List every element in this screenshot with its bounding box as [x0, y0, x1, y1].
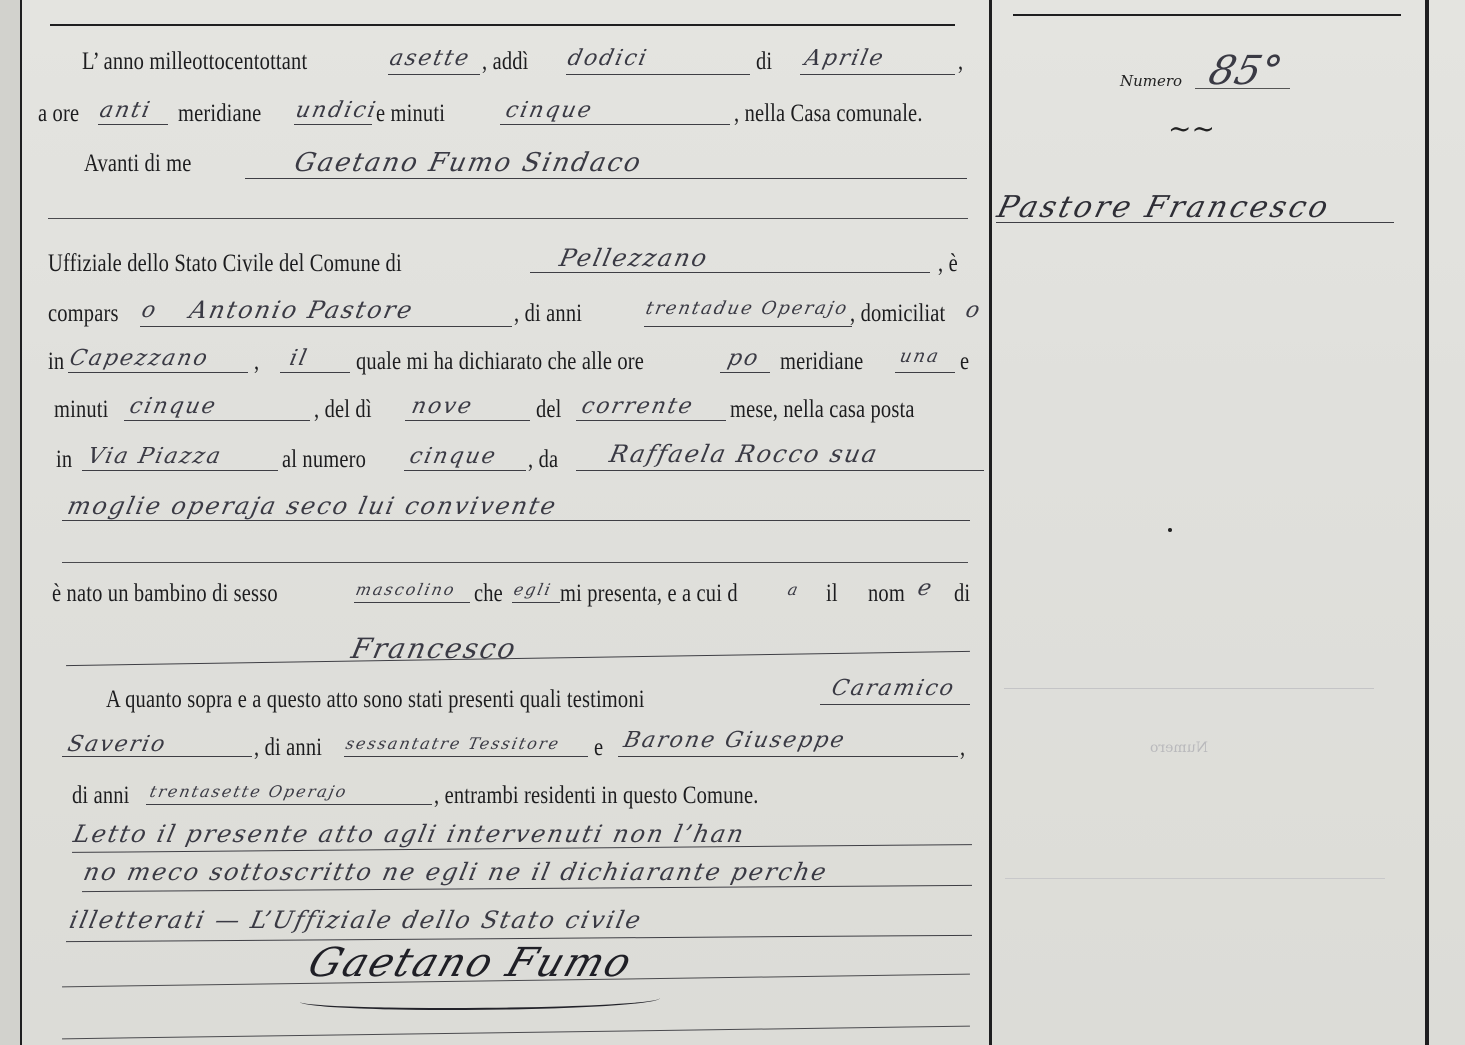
printed-text: , addì	[482, 48, 529, 76]
field-line	[344, 756, 588, 757]
handwritten-birth-minutes: cinque	[127, 394, 219, 419]
printed-text: , domiciliat	[850, 300, 945, 328]
handwritten-sex: mascolino	[354, 580, 458, 599]
field-line	[566, 74, 750, 75]
handwritten-ante: anti	[97, 98, 153, 123]
printed-text: compars	[48, 300, 119, 328]
printed-text: e	[960, 348, 969, 376]
printed-text: mi presenta, e a cui d	[560, 580, 738, 608]
bleed-through-rule	[1005, 878, 1385, 879]
printed-text: a ore	[38, 100, 79, 128]
field-line	[405, 420, 530, 421]
field-line	[388, 74, 480, 75]
handwritten-closing-line-3: illetterati — L’Uffiziale dello Stato ci…	[67, 906, 645, 934]
field-line	[618, 756, 958, 757]
binding-margin	[0, 0, 20, 1045]
printed-text: , di anni	[514, 300, 582, 328]
field-line	[82, 470, 278, 471]
printed-text: , nella Casa comunale.	[734, 100, 923, 128]
handwritten-post: po	[725, 346, 762, 371]
handwritten-father-age-job: trentadue Operajo	[644, 298, 851, 319]
printed-text: A quanto sopra e a questo atto sono stat…	[106, 686, 645, 714]
printed-text: quale mi ha dichiarato che alle ore	[356, 348, 644, 376]
handwritten-minutes: cinque	[503, 98, 595, 123]
field-line	[1195, 88, 1290, 89]
field-line	[124, 420, 310, 421]
field-line	[146, 804, 432, 805]
handwritten-closing-line-1: Letto il presente atto agli intervenuti …	[71, 820, 748, 848]
field-line	[576, 420, 726, 421]
handwritten-witness2-age-job: trentasette Operajo	[148, 782, 350, 801]
printed-text: , del dì	[314, 396, 372, 424]
numero-label: Numero	[1120, 72, 1182, 90]
field-line	[66, 651, 970, 666]
bleed-through-numero: Numero	[1150, 740, 1208, 756]
handwritten-officer-name: Gaetano Fumo Sindaco	[292, 148, 645, 178]
printed-text: nom	[868, 580, 905, 608]
left-border-line	[20, 0, 22, 1045]
handwritten-father-name: Antonio Pastore	[187, 296, 417, 324]
handwritten-current: corrente	[579, 394, 696, 419]
handwritten-suffix: o	[139, 298, 160, 323]
field-line	[68, 372, 248, 373]
printed-text: , è	[938, 250, 958, 278]
printed-text: , entrambi residenti in questo Comune.	[434, 782, 759, 810]
blank-rule	[48, 218, 968, 219]
printed-text: Avanti di me	[84, 150, 191, 178]
printed-text: L’ anno milleottocentottant	[82, 48, 307, 76]
printed-text: , da	[528, 446, 558, 474]
handwritten-domicile: Capezzano	[67, 346, 211, 371]
field-line	[720, 372, 770, 373]
printed-text: meridiane	[178, 100, 261, 128]
handwritten-suffix: e	[915, 576, 935, 601]
field-line	[512, 602, 560, 603]
ink-spot	[1168, 528, 1172, 532]
field-line	[800, 74, 955, 75]
field-line	[140, 326, 512, 327]
handwritten-egli: egli	[512, 580, 554, 599]
printed-text: di	[756, 48, 772, 76]
printed-text: ,	[958, 48, 963, 76]
handwritten-witness1-surname: Caramico	[829, 676, 957, 701]
printed-text: e	[594, 734, 603, 762]
birth-register-page: L’ anno milleottocentottant asette , add…	[0, 0, 1465, 1045]
field-line	[245, 178, 967, 179]
printed-text: al numero	[282, 446, 366, 474]
blank-rule	[62, 1026, 970, 1040]
blank-rule	[62, 562, 968, 563]
handwritten-witness1-firstname: Saverio	[65, 732, 169, 757]
field-line	[280, 372, 350, 373]
printed-text: in	[48, 348, 64, 376]
column-divider-line	[989, 0, 992, 1045]
printed-text: meridiane	[780, 348, 863, 376]
field-line	[294, 124, 372, 125]
field-line	[98, 124, 168, 125]
printed-text: in	[56, 446, 72, 474]
field-line	[500, 124, 730, 125]
printed-text: Uffiziale dello Stato Civile del Comune …	[48, 250, 402, 278]
handwritten-closing-line-2: no meco sottoscritto ne egli ne il dichi…	[81, 858, 831, 886]
printed-text: ,	[960, 734, 965, 762]
field-line	[644, 326, 852, 327]
handwritten-mother-name: Raffaela Rocco sua	[607, 440, 881, 468]
printed-text: mese, nella casa posta	[730, 396, 915, 424]
field-line	[996, 222, 1394, 223]
handwritten-suffix: o	[963, 298, 984, 323]
handwritten-witness2-name: Barone Giuseppe	[621, 728, 848, 753]
printed-text: , di anni	[254, 734, 322, 762]
printed-text: di anni	[72, 782, 130, 810]
field-line	[354, 602, 470, 603]
handwritten-house-number: cinque	[407, 444, 499, 469]
handwritten-suffix: a	[786, 580, 802, 599]
handwritten-day: dodici	[565, 46, 650, 71]
printed-text: ,	[254, 348, 259, 376]
signature-flourish	[300, 990, 660, 1010]
field-line	[820, 704, 970, 705]
handwritten-witness1-age-job: sessantatre Tessitore	[344, 734, 562, 753]
field-line	[895, 372, 955, 373]
handwritten-comune: Pellezzano	[557, 244, 711, 272]
registrant-name: Pastore Francesco	[994, 190, 1335, 225]
handwritten-birth-day: nove	[409, 394, 475, 419]
handwritten-year: asette	[387, 46, 472, 71]
handwritten-mother-details: moglie operaja seco lui convivente	[65, 492, 560, 520]
handwritten-hour: undici	[293, 98, 379, 123]
printed-text: minuti	[54, 396, 109, 424]
printed-text: di	[954, 580, 970, 608]
handwritten-il: il	[287, 346, 310, 371]
field-line	[404, 470, 526, 471]
top-rule-main	[50, 24, 955, 26]
printed-text: è nato un bambino di sesso	[52, 580, 278, 608]
printed-text: e minuti	[376, 100, 445, 128]
handwritten-birth-hour: una	[898, 346, 942, 367]
top-rule-margin	[1013, 14, 1401, 16]
handwritten-street: Via Piazza	[85, 444, 224, 469]
bleed-through-rule	[1004, 688, 1374, 689]
printed-text: del	[536, 396, 562, 424]
printed-text: che	[474, 580, 503, 608]
printed-text: il	[826, 580, 838, 608]
field-line	[62, 520, 970, 521]
field-line	[530, 272, 930, 273]
field-line	[62, 756, 252, 757]
right-border-line	[1425, 0, 1429, 1045]
field-line	[576, 470, 984, 471]
flourish-ornament: ~~	[1168, 112, 1215, 145]
handwritten-month: Aprile	[802, 46, 887, 71]
